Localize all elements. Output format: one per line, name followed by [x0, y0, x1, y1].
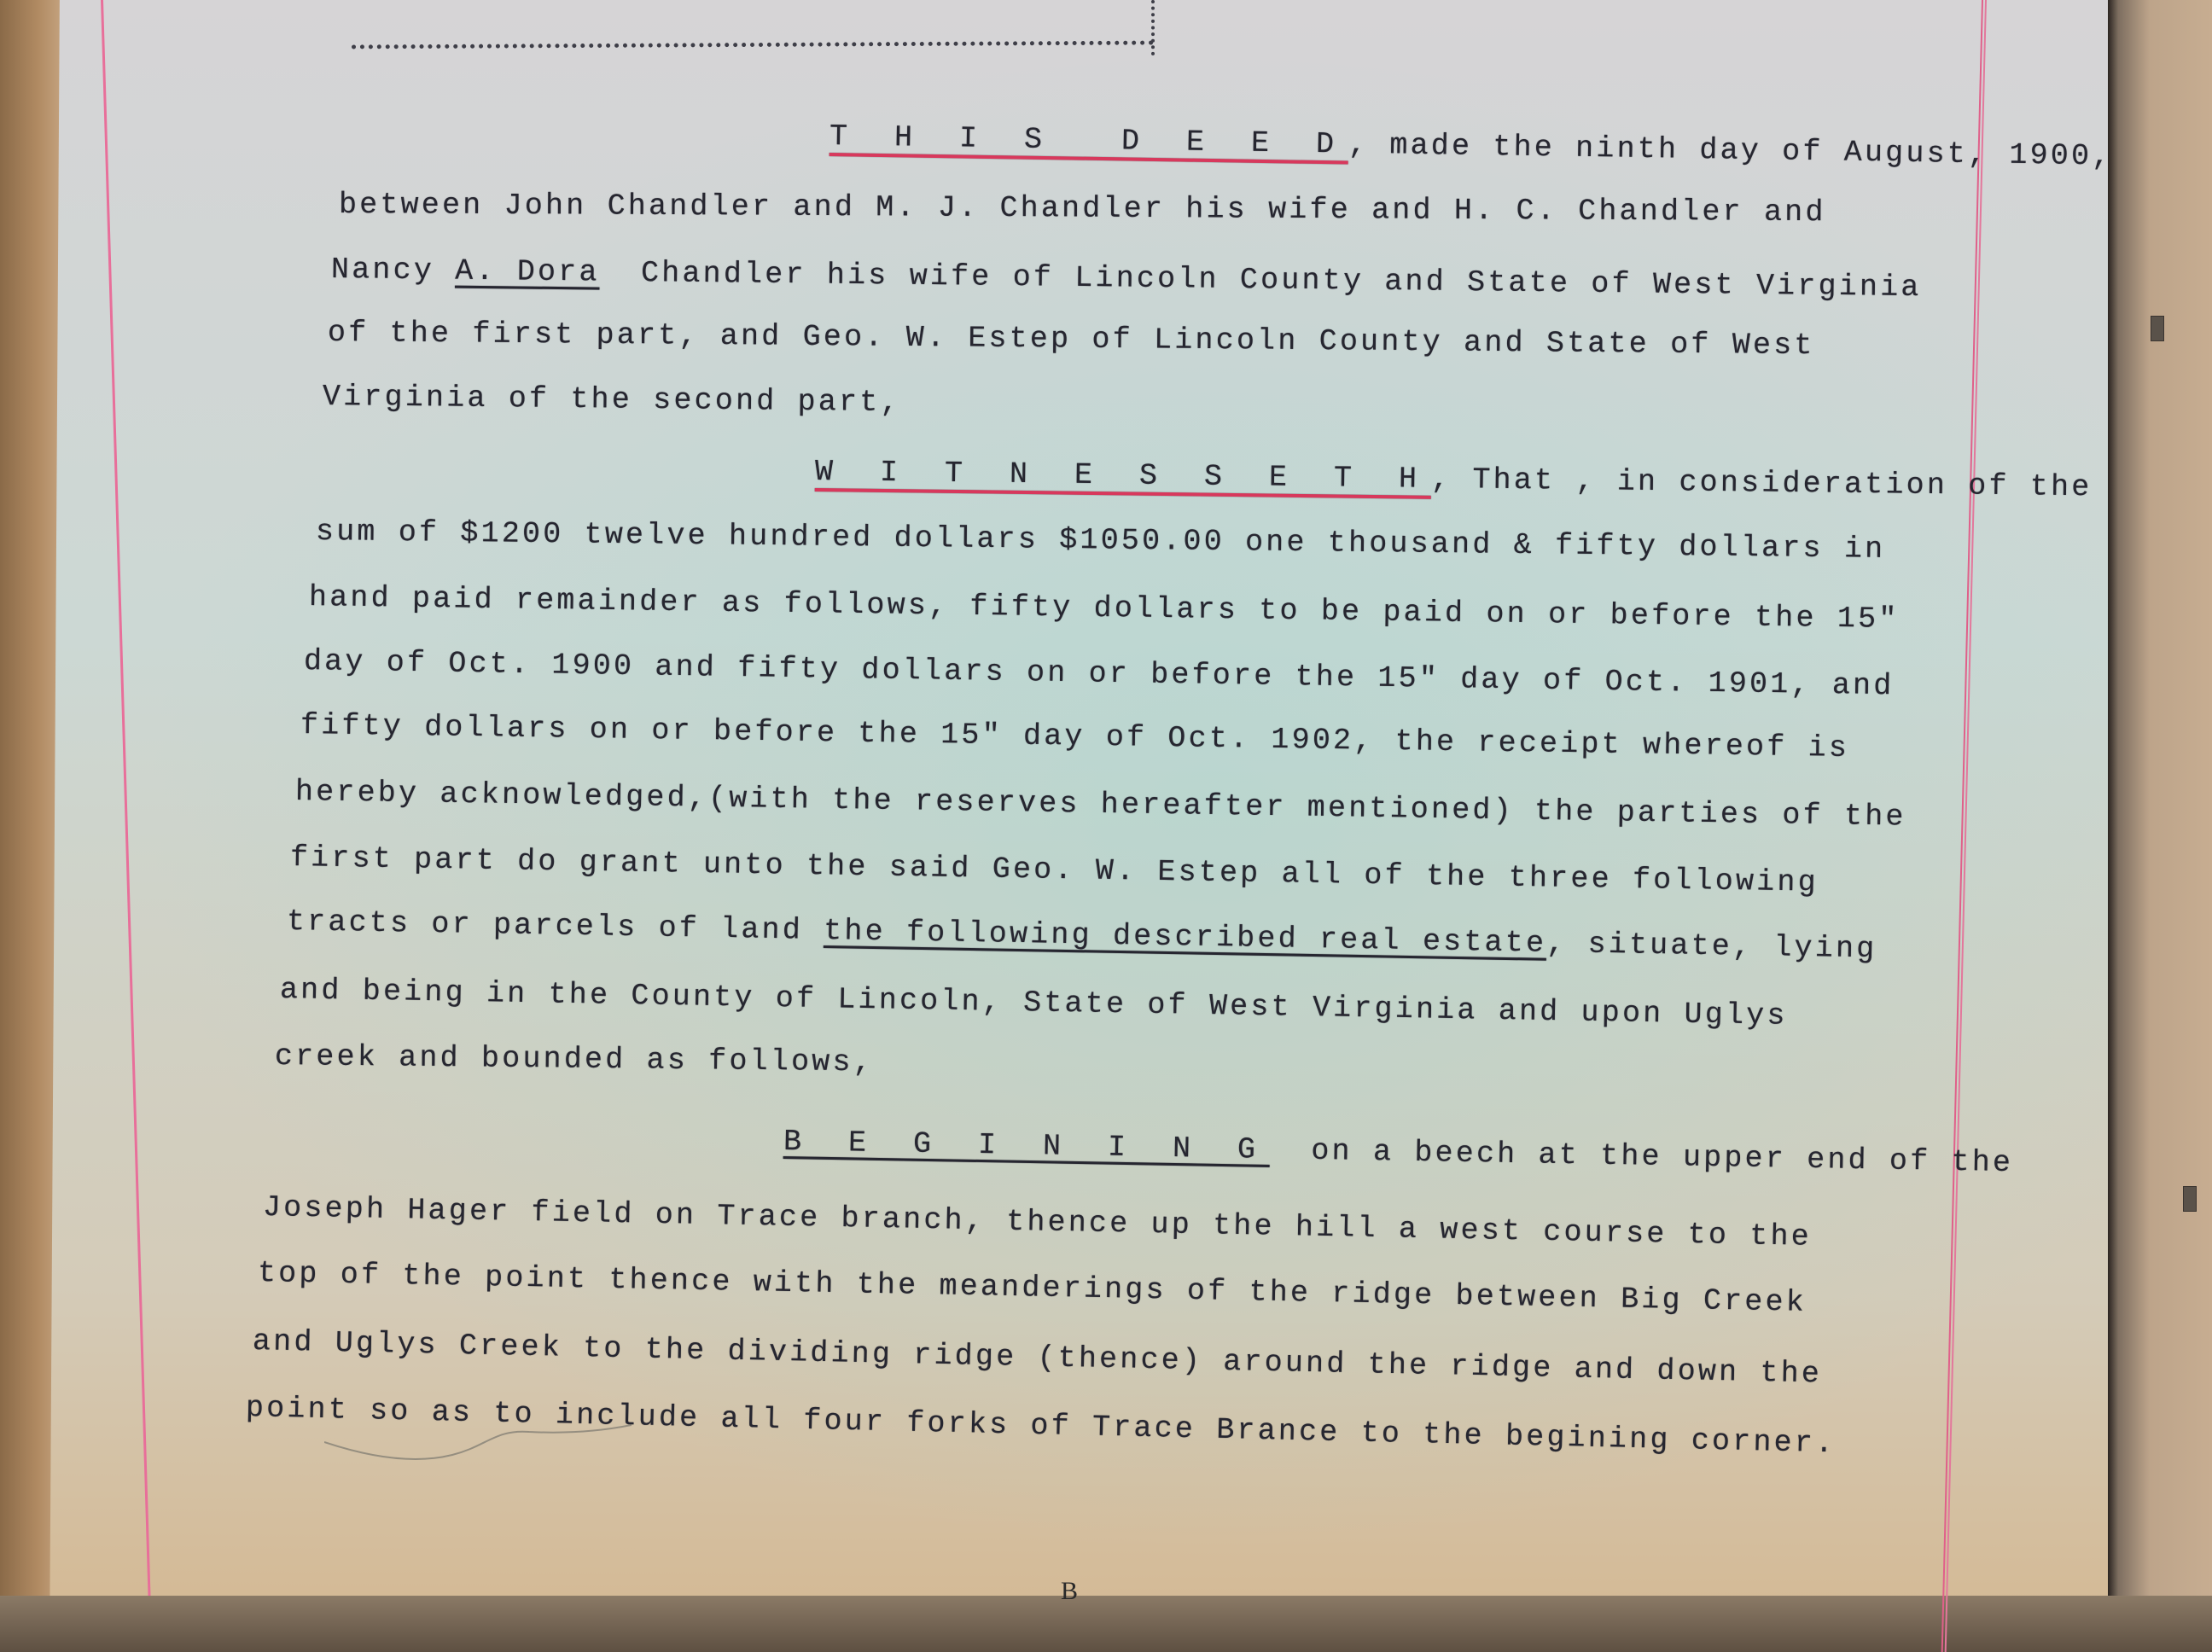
deed-line: tracts or parcels of land the following …: [287, 905, 1877, 967]
deed-line: point so as to include all four forks of…: [246, 1391, 1837, 1461]
heading-witnesseth: W I T N E S S E T H: [815, 455, 1432, 497]
deed-line-text: Nancy: [331, 253, 456, 288]
deed-line: W I T N E S S E T H, That , in considera…: [815, 455, 2093, 504]
deed-line: fifty dollars on or before the 15" day o…: [300, 708, 1850, 765]
deed-line: Virginia of the second part,: [323, 380, 901, 420]
deed-line: of the first part, and Geo. W. Estep of …: [328, 316, 1815, 363]
deed-line: T H I S D E E D, made the ninth day of A…: [829, 119, 2113, 174]
deed-line-text: tracts or parcels of land: [287, 905, 824, 948]
deed-line: Joseph Hager field on Trace branch, then…: [263, 1190, 1813, 1254]
deed-line-text: on a beech at the upper end of the: [1270, 1133, 2014, 1180]
underlined-name: A. Dora: [455, 254, 600, 290]
deed-line: Nancy A. Dora Chandler his wife of Linco…: [331, 253, 1922, 305]
underlined-phrase: the following described real estate: [824, 914, 1547, 961]
deed-line: between John Chandler and M. J. Chandler…: [339, 188, 1826, 230]
deed-line: creek and bounded as follows,: [275, 1039, 874, 1079]
heading-begining: B E G I N I N G: [783, 1125, 1271, 1167]
deed-line: top of the point thence with the meander…: [258, 1256, 1807, 1320]
deed-line: first part do grant unto the said Geo. W…: [290, 841, 1819, 900]
deed-line: hereby acknowledged,(with the reserves h…: [295, 775, 1906, 835]
page-number: B: [1061, 1577, 1078, 1606]
deed-line-text: , made the ninth day of August, 1900,: [1348, 128, 2113, 174]
deed-line-text: , That , in consideration of the: [1431, 462, 2093, 504]
deed-line: and Uglys Creek to the dividing ridge (t…: [253, 1324, 1823, 1392]
deed-line: hand paid remainder as follows, fifty do…: [309, 580, 1900, 637]
deed-line: and being in the County of Lincoln, Stat…: [280, 973, 1788, 1033]
deed-line: sum of $1200 twelve hundred dollars $105…: [316, 515, 1886, 567]
heading-this-deed: T H I S D E E D: [829, 119, 1349, 162]
deed-line: day of Oct. 1900 and fifty dollars on or…: [304, 644, 1895, 703]
deed-line-text: , situate, lying: [1546, 927, 1877, 967]
deed-text: T H I S D E E D, made the ninth day of A…: [0, 0, 2212, 1652]
deed-line: B E G I N I N G on a beech at the upper …: [783, 1125, 2014, 1180]
deed-line-text: Chandler his wife of Lincoln County and …: [599, 256, 1921, 305]
